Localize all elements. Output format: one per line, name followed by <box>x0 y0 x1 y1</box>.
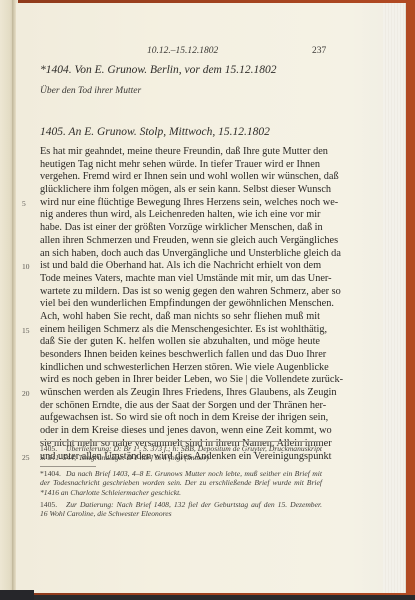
text-line: an sich haben, doch auch das Unvergängli… <box>40 248 320 261</box>
line-number: 25 <box>22 452 34 465</box>
text-line: habe. Das ist einer der größten Vorzüge … <box>40 222 320 235</box>
text-line: der schönen Erndte, die aus der Saat der… <box>40 400 320 413</box>
text-line: Tode meines Vaters, machte man viel Umst… <box>40 273 320 286</box>
footnote-divider <box>40 441 322 442</box>
text-line: oder in dem Kreise dieses und jenes davo… <box>40 425 320 438</box>
note-number: 1405. <box>40 444 66 453</box>
text-line: 20wünschen werden als Zeugin Ihres Fried… <box>40 387 320 400</box>
text-line: nig anderes thun wird, als Leichenreden … <box>40 209 320 222</box>
text-line: vergehen. Fremd wird er Ihnen sein und w… <box>40 171 320 184</box>
note-text: der Todesnachricht geschrieben worden se… <box>40 478 322 487</box>
text-line: Ach, wohl haben Sie recht, daß man nicht… <box>40 311 320 324</box>
text-line: wartete zu mildern. Das ist so wenig geg… <box>40 286 320 299</box>
letter-1405-title: 1405. An E. Grunow. Stolp, Mittwoch, 15.… <box>40 126 270 138</box>
letter-1404-subtitle: Über den Tod ihrer Mutter <box>40 86 141 96</box>
text-line: heutigen Tag nicht mehr sehen würde. In … <box>40 159 320 172</box>
running-head-dates: 10.12.–15.12.1802 <box>147 46 218 56</box>
note-number: 1405. <box>40 500 66 509</box>
text-line: wird es noch geben in Ihrer beider Leben… <box>40 374 320 387</box>
note-text: Zur Datierung: Nach Brief 1408, 132 fiel… <box>66 500 322 509</box>
text-line: 15einem heiligen Schmerz als die Mensche… <box>40 324 320 337</box>
text-line: glücklichere ihm folgen mögen, als er se… <box>40 184 320 197</box>
letter-1405-body: Es hat mir geahndet, meine theure Freund… <box>40 146 320 463</box>
note-number: *1404. <box>40 469 66 478</box>
text-line: allen ihren Schmerzen und Freuden, wenn … <box>40 235 320 248</box>
note-text: Überlieferung: D: Br 1¹, S. 373 f.; h: S… <box>66 444 322 453</box>
line-number: 15 <box>22 325 34 338</box>
footnote-short-divider <box>40 466 96 467</box>
note-text: Da nach Brief 1403, 4–8 E. Grunows Mutte… <box>66 469 322 478</box>
commentary-note-1405: 1405.Zur Datierung: Nach Brief 1408, 132… <box>40 500 322 519</box>
book-page: 10.12.–15.12.1802 237 *1404. Von E. Grun… <box>16 3 405 593</box>
note-text: *1416 an Charlotte Schleiermacher geschi… <box>40 488 322 497</box>
commentary-note-1404: *1404.Da nach Brief 1403, 4–8 E. Grunows… <box>40 469 322 497</box>
line-number: 10 <box>22 261 34 274</box>
text-line: kindlichen und schwesterlichen Herzen st… <box>40 362 320 375</box>
text-line: aufgewachsen ist. So wird sie oft noch i… <box>40 412 320 425</box>
page-edges <box>383 3 405 593</box>
text-line: viel bei den wunderlichen Empfindungen d… <box>40 298 320 311</box>
letter-1404-title: *1404. Von E. Grunow. Berlin, vor dem 15… <box>40 64 276 76</box>
text-line: 5wird nur eine flüchtige Bewegung Ihres … <box>40 197 320 210</box>
line-number: 5 <box>22 198 34 211</box>
note-text: 16 Wohl Caroline, die Schwester Eleonore… <box>40 509 322 518</box>
note-text: S. 541–544; Textgrundlage: D 1 mir] in h… <box>40 453 322 462</box>
text-line: Es hat mir geahndet, meine theure Freund… <box>40 146 320 159</box>
bottom-shadow-corner <box>0 590 34 600</box>
page-number: 237 <box>312 46 326 56</box>
bottom-shadow <box>0 595 415 600</box>
text-line: 10ist und bald die Oberhand hat. Als ich… <box>40 260 320 273</box>
apparatus-note: 1405.Überlieferung: D: Br 1¹, S. 373 f.;… <box>40 444 322 463</box>
line-number: 20 <box>22 388 34 401</box>
text-line: besonders Ihnen beiden keines beschwerli… <box>40 349 320 362</box>
text-line: daß Sie der guten K. helfen wollen sie a… <box>40 336 320 349</box>
